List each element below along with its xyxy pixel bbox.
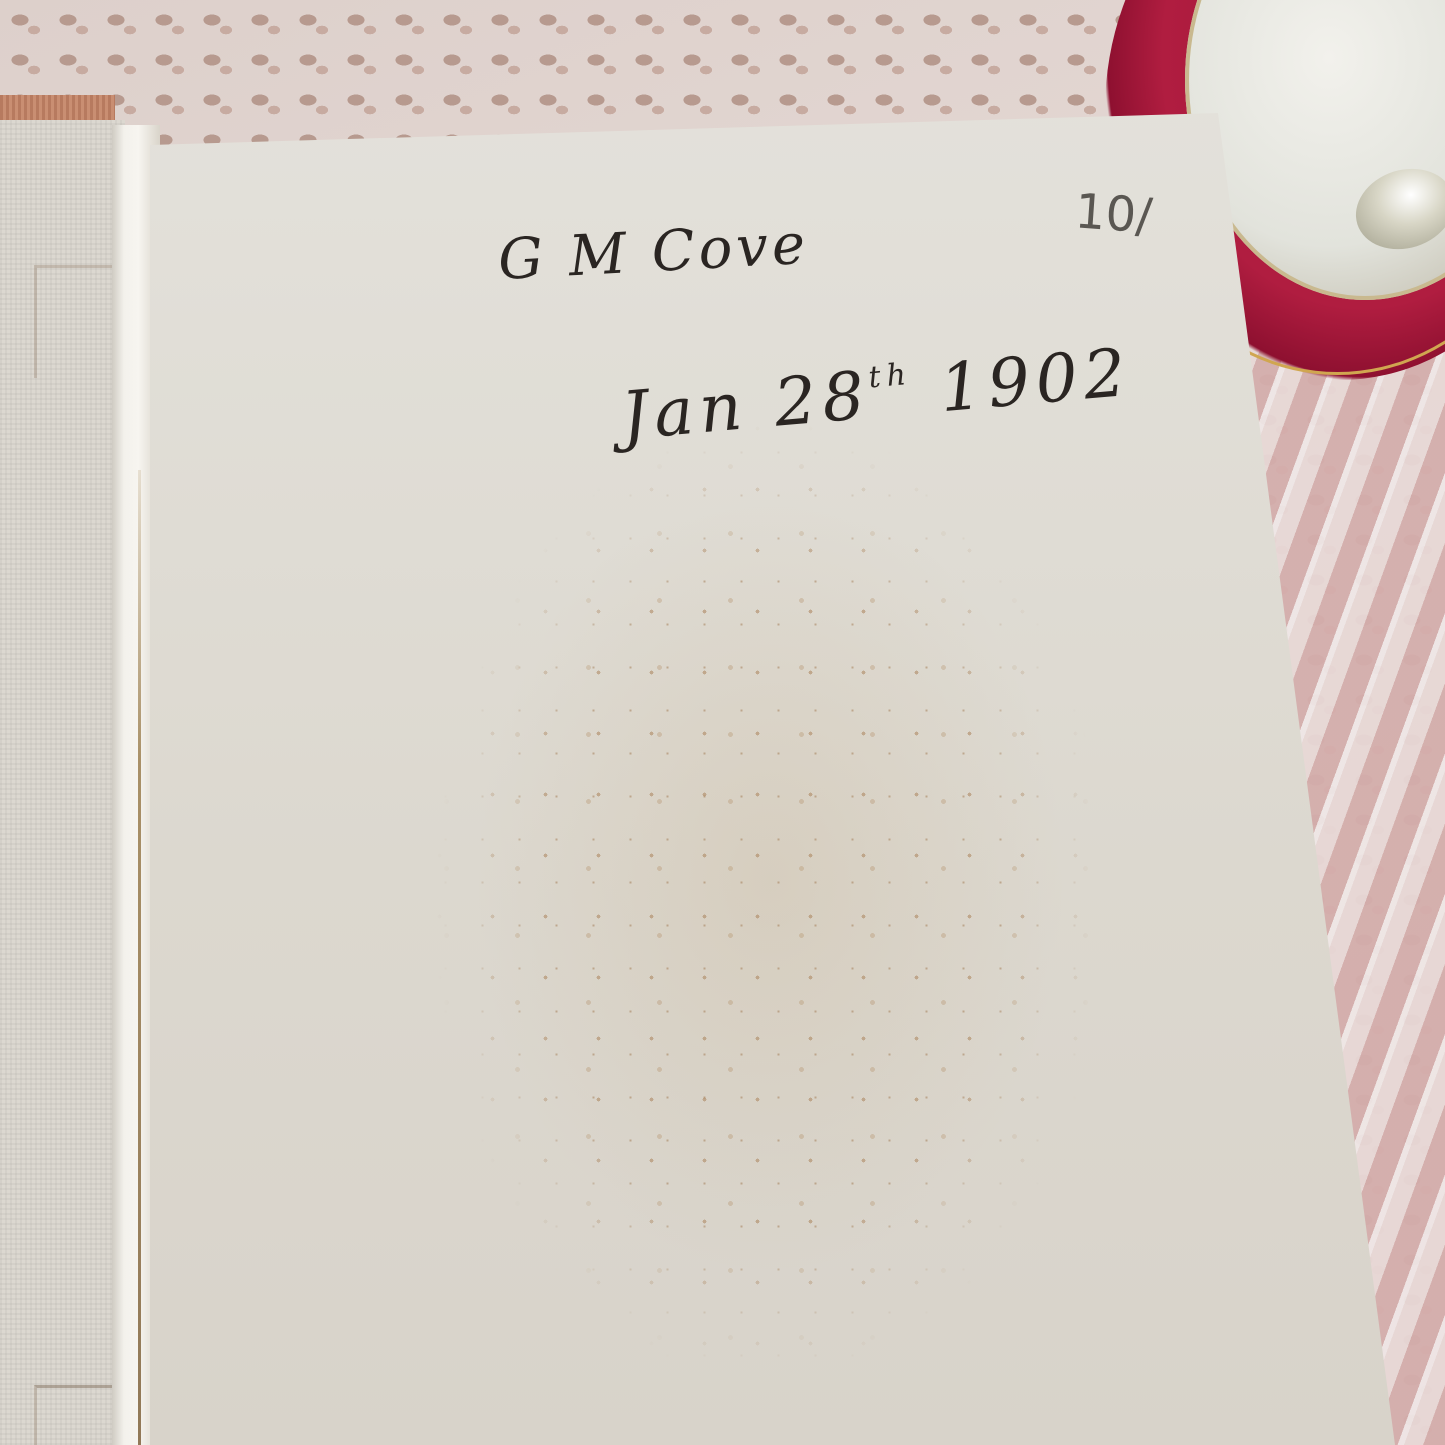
photo-scene: G M Cove Jan 28th 1902 10/ bbox=[0, 0, 1445, 1445]
book-spine-cloth bbox=[0, 95, 115, 123]
pencil-price-mark: 10/ bbox=[1073, 183, 1154, 244]
cover-turn-in-impression bbox=[34, 265, 115, 378]
cover-turn-in-impression-bottom bbox=[34, 1385, 117, 1445]
hinge-crack bbox=[138, 470, 141, 1445]
date-month: Jan bbox=[618, 367, 751, 455]
date-day: 28 bbox=[771, 357, 873, 442]
date-suffix: th bbox=[867, 357, 913, 396]
